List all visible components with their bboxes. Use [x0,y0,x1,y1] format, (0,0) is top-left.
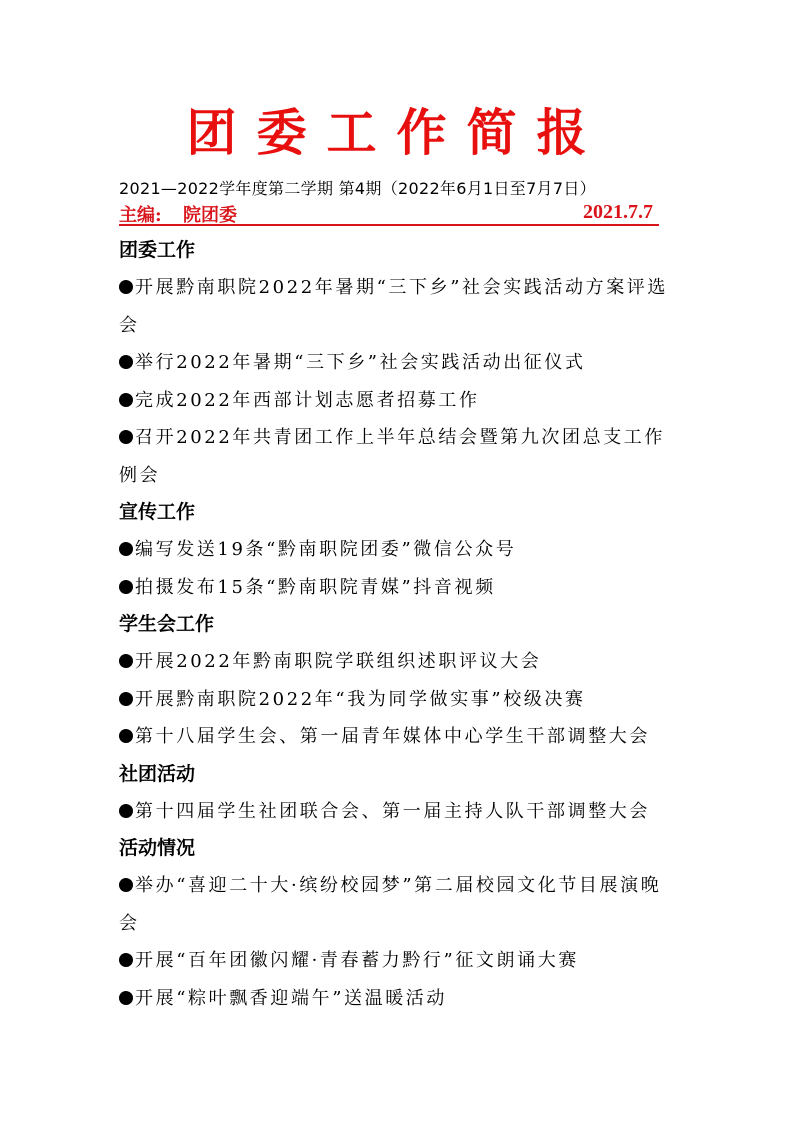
list-item: 开展2022年黔南职院学联组织述职评议大会 [119,643,679,681]
list-item: 开展黔南职院2022年暑期“三下乡”社会实践活动方案评选会 [119,269,679,344]
bullet-icon [119,692,133,706]
section-events: 活动情况 举办“喜迎二十大·缤纷校园梦”第二届校园文化节目展演晚会 开展“百年团… [119,830,679,1017]
newsletter-title: 团委工作简报 [0,98,793,168]
section-club-activities: 社团活动 第十四届学生社团联合会、第一届主持人队干部调整大会 [119,756,679,831]
publish-date: 2021.7.7 [583,201,653,224]
section-title: 学生会工作 [119,606,679,643]
list-item: 拍摄发布15条“黔南职院青媒”抖音视频 [119,569,679,607]
bullet-icon [119,393,133,407]
list-item: 完成2022年西部计划志愿者招募工作 [119,382,679,420]
newsletter-content: 团委工作 开展黔南职院2022年暑期“三下乡”社会实践活动方案评选会 举行202… [119,232,679,1017]
section-title: 团委工作 [119,232,679,269]
bullet-icon [119,654,133,668]
list-item: 第十四届学生社团联合会、第一届主持人队干部调整大会 [119,793,679,831]
bullet-icon [119,430,133,444]
section-publicity-work: 宣传工作 编写发送19条“黔南职院团委”微信公众号 拍摄发布15条“黔南职院青媒… [119,494,679,606]
section-league-work: 团委工作 开展黔南职院2022年暑期“三下乡”社会实践活动方案评选会 举行202… [119,232,679,494]
list-item: 举行2022年暑期“三下乡”社会实践活动出征仪式 [119,344,679,382]
list-item: 开展“百年团徽闪耀·青春蓄力黔行”征文朗诵大赛 [119,942,679,980]
editor-label: 主编: [119,201,162,227]
bullet-icon [119,953,133,967]
bullet-icon [119,542,133,556]
bullet-icon [119,991,133,1005]
section-student-union: 学生会工作 开展2022年黔南职院学联组织述职评议大会 开展黔南职院2022年“… [119,606,679,756]
editor-name: 院团委 [183,201,237,227]
bullet-icon [119,280,133,294]
list-item: 开展“粽叶飘香迎端午”送温暖活动 [119,980,679,1018]
list-item: 举办“喜迎二十大·缤纷校园梦”第二届校园文化节目展演晚会 [119,867,679,942]
editor-row: 主编: 院团委 2021.7.7 [119,200,659,226]
bullet-icon [119,729,133,743]
bullet-icon [119,580,133,594]
issue-line: 2021—2022学年度第二学期 第4期（2022年6月1日至7月7日） [119,176,596,199]
list-item: 开展黔南职院2022年“我为同学做实事”校级决赛 [119,681,679,719]
bullet-icon [119,355,133,369]
list-item: 编写发送19条“黔南职院团委”微信公众号 [119,531,679,569]
section-title: 社团活动 [119,756,679,793]
list-item: 召开2022年共青团工作上半年总结会暨第九次团总支工作例会 [119,419,679,494]
bullet-icon [119,878,133,892]
list-item: 第十八届学生会、第一届青年媒体中心学生干部调整大会 [119,718,679,756]
section-title: 宣传工作 [119,494,679,531]
bullet-icon [119,804,133,818]
section-title: 活动情况 [119,830,679,867]
document-page: 团委工作简报 2021—2022学年度第二学期 第4期（2022年6月1日至7月… [0,0,793,1122]
